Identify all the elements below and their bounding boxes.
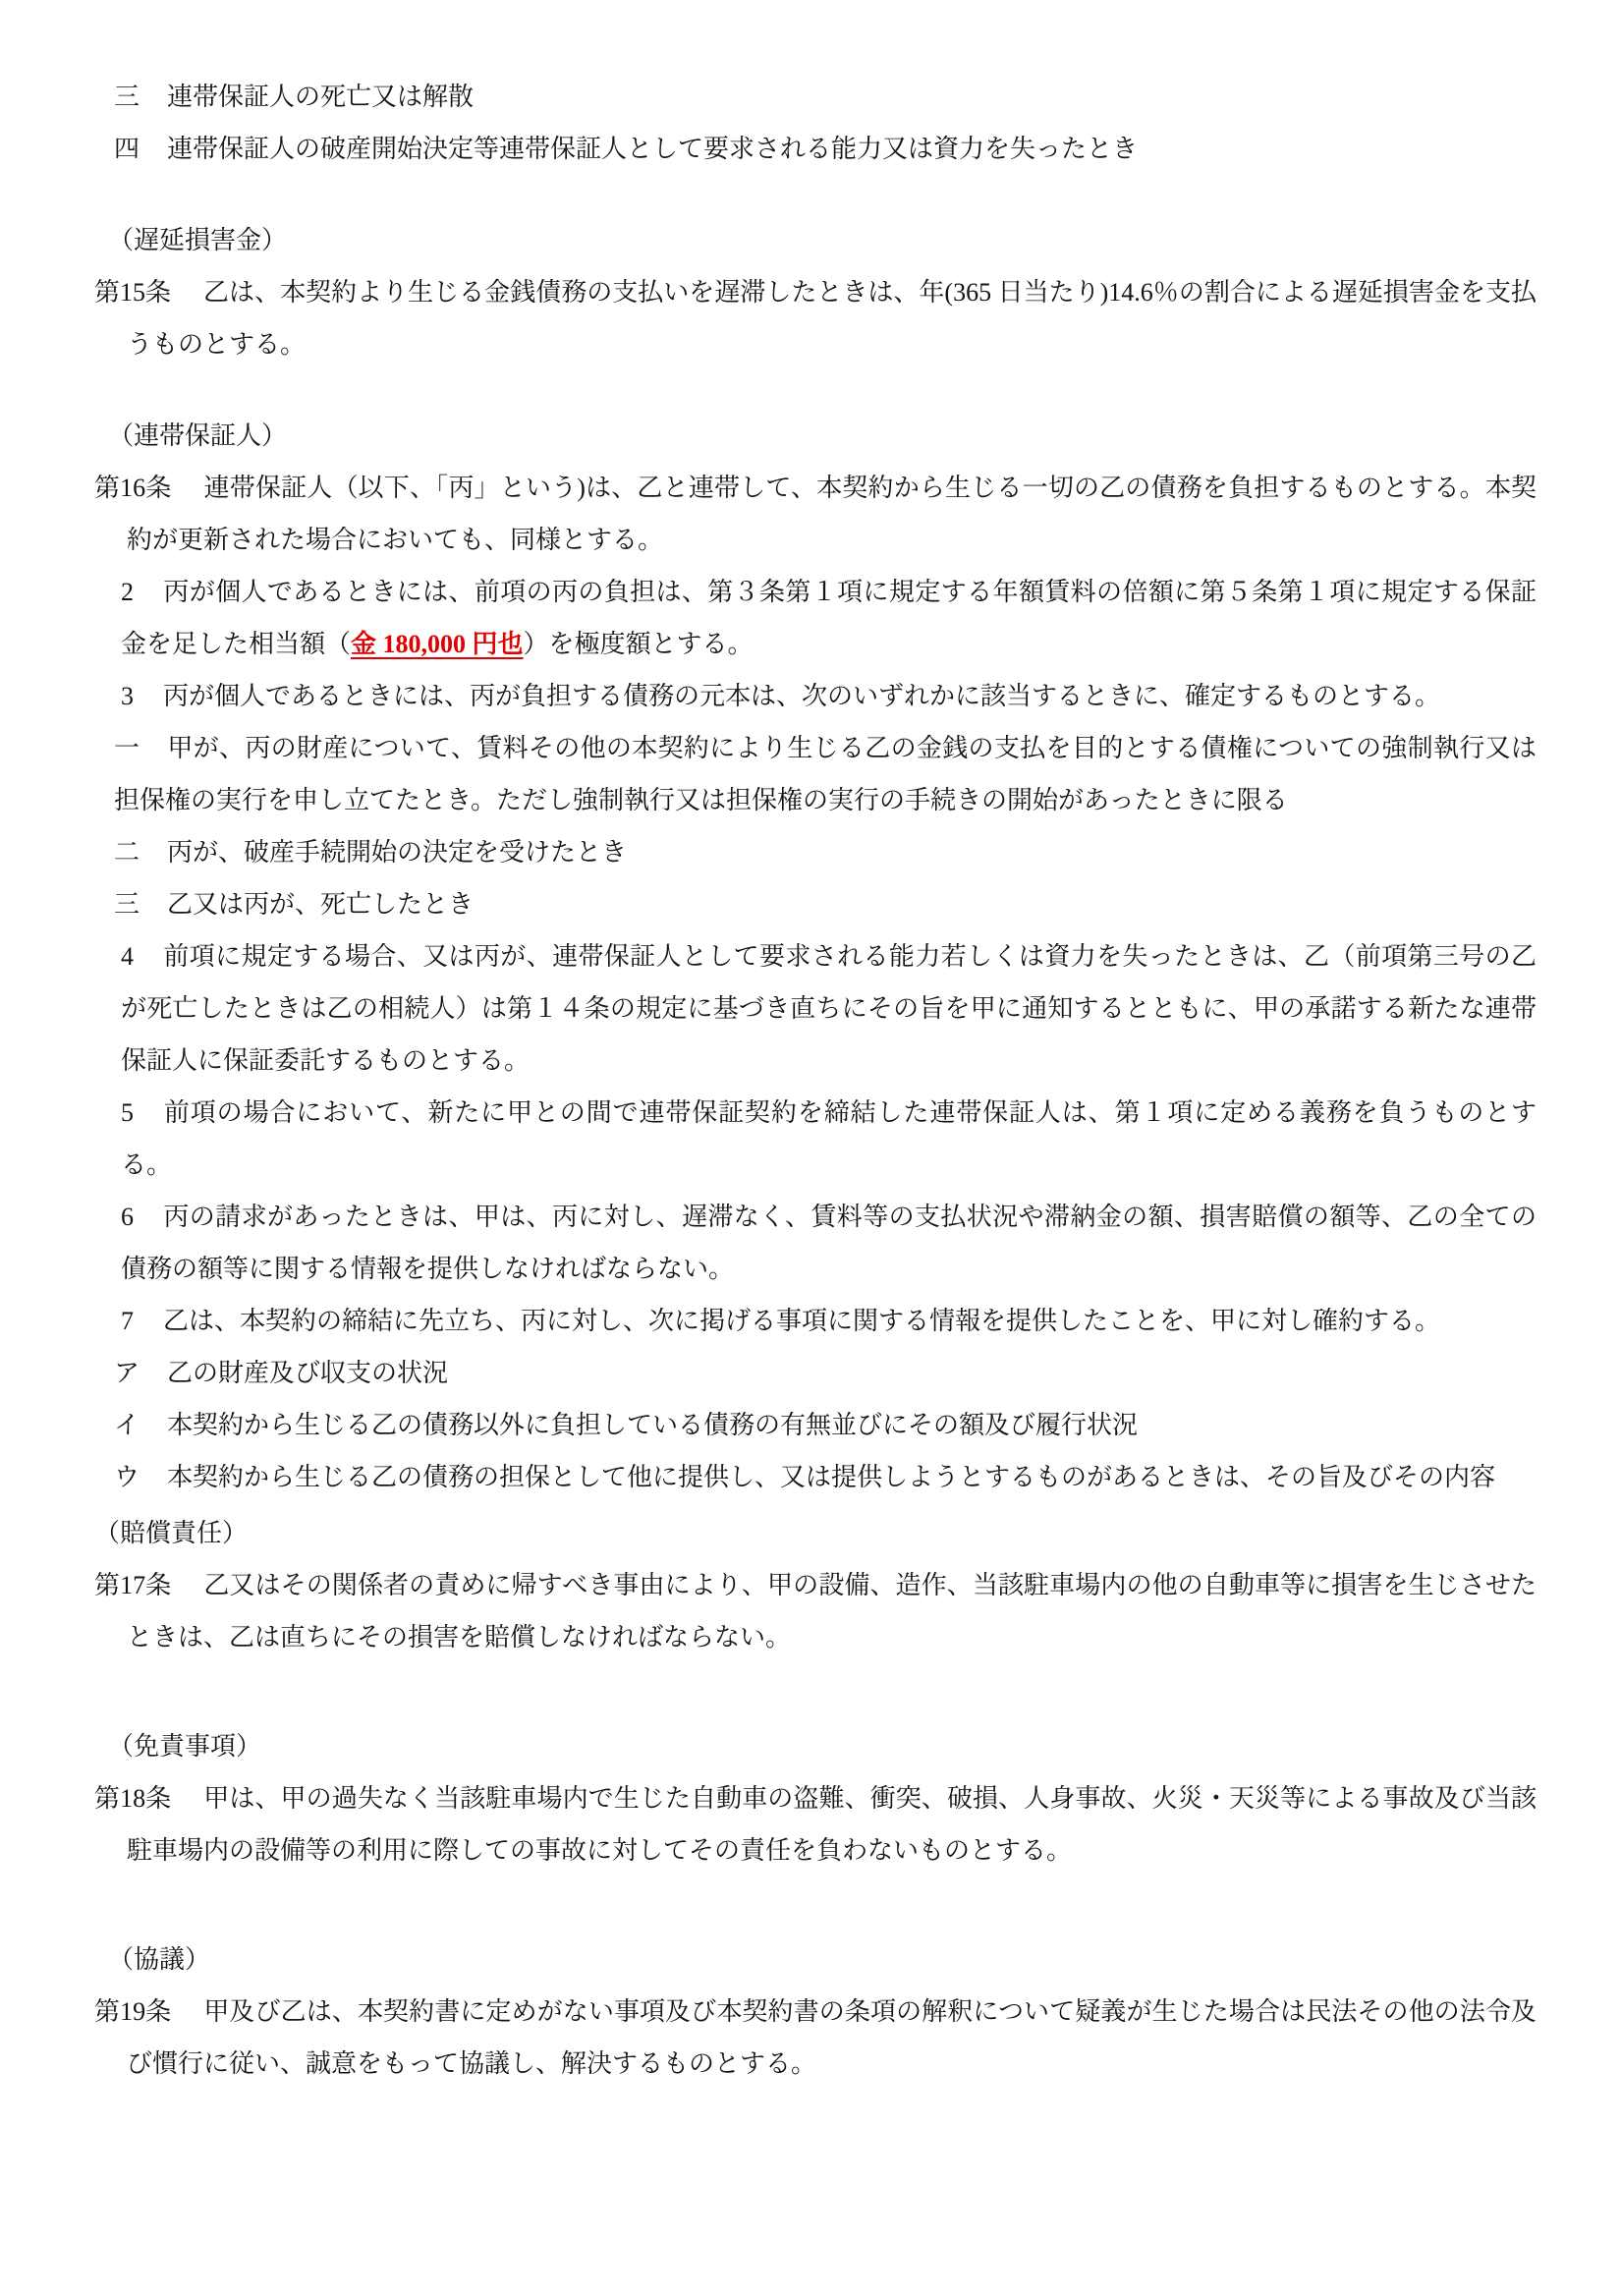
list-item: 一甲が、丙の財産について、賃料その他の本契約により生じる乙の金銭の支払を目的とす… <box>114 722 1537 826</box>
item-text: 連帯保証人の破産開始決定等連帯保証人として要求される能力又は資力を失ったとき <box>167 135 1138 163</box>
item-marker: イ <box>114 1411 140 1439</box>
article-number: 第15条 <box>94 278 171 307</box>
item-text: 連帯保証人の死亡又は解散 <box>167 83 474 111</box>
article-19-paragraph: 第19条甲及び乙は、本契約書に定めがない事項及び本契約書の条項の解釈について疑義… <box>94 1986 1537 2090</box>
item-text: 丙が、破産手続開始の決定を受けたとき <box>167 838 627 867</box>
section-label-joint-guarantor: （連帯保証人） <box>108 410 1537 462</box>
article-number: 第18条 <box>94 1784 171 1813</box>
clause-text: 前項の場合において、新たに甲との間で連帯保証契約を締結した連帯保証人は、第１項に… <box>121 1098 1537 1179</box>
guarantee-limit-amount: 金 180,000 円也 <box>351 630 524 658</box>
list-item: イ本契約から生じる乙の債務以外に負担している債務の有無並びにその額及び履行状況 <box>114 1399 1537 1451</box>
sub-paragraph-6: 6丙の請求があったときは、甲は、丙に対し、遅滞なく、賃料等の支払状況や滞納金の額… <box>121 1191 1537 1295</box>
item-marker: ウ <box>114 1463 140 1491</box>
paragraph-number: 7 <box>121 1307 134 1335</box>
item-marker: 一 <box>114 734 140 762</box>
sub-paragraph-7: 7乙は、本契約の締結に先立ち、丙に対し、次に掲げる事項に関する情報を提供したこと… <box>121 1295 1537 1347</box>
item-marker: 四 <box>114 135 140 163</box>
item-marker: 三 <box>114 83 140 111</box>
section-label-liability: （賠償責任） <box>94 1507 1537 1559</box>
clause-text: 甲及び乙は、本契約書に定めがない事項及び本契約書の条項の解釈について疑義が生じた… <box>127 1997 1537 2078</box>
clause-text: 丙が個人であるときには、前項の丙の負担は、第３条第１項に規定する年額賃料の倍額に… <box>121 578 1537 658</box>
item-marker: 三 <box>114 890 140 919</box>
article-16-paragraph: 第16条連帯保証人（以下、「丙」という)は、乙と連帯して、本契約から生じる一切の… <box>94 462 1537 566</box>
item-text: 甲が、丙の財産について、賃料その他の本契約により生じる乙の金銭の支払を目的とする… <box>114 734 1537 814</box>
article-number: 第19条 <box>94 1997 171 2026</box>
list-item: 三乙又は丙が、死亡したとき <box>114 878 1537 930</box>
sub-paragraph-2: 2丙が個人であるときには、前項の丙の負担は、第３条第１項に規定する年額賃料の倍額… <box>121 566 1537 670</box>
item-text: 本契約から生じる乙の債務以外に負担している債務の有無並びにその額及び履行状況 <box>167 1411 1138 1439</box>
paragraph-number: 4 <box>121 942 134 971</box>
sub-paragraph-5: 5前項の場合において、新たに甲との間で連帯保証契約を締結した連帯保証人は、第１項… <box>121 1087 1537 1191</box>
clause-text: 丙の請求があったときは、甲は、丙に対し、遅滞なく、賃料等の支払状況や滞納金の額、… <box>121 1203 1537 1283</box>
item-marker: 二 <box>114 838 140 867</box>
paragraph-number: 6 <box>121 1203 134 1231</box>
list-item: ア乙の財産及び収支の状況 <box>114 1347 1537 1399</box>
clause-text: 連帯保証人（以下、「丙」という)は、乙と連帯して、本契約から生じる一切の乙の債務… <box>127 474 1537 554</box>
article-15-paragraph: 第15条乙は、本契約より生じる金銭債務の支払いを遅滞したときは、年(365 日当… <box>94 266 1537 370</box>
clause-text: 丙が個人であるときには、丙が負担する債務の元本は、次のいずれかに該当するときに、… <box>163 682 1440 710</box>
list-item: 四連帯保証人の破産開始決定等連帯保証人として要求される能力又は資力を失ったとき <box>114 123 1537 175</box>
clause-text: 乙は、本契約の締結に先立ち、丙に対し、次に掲げる事項に関する情報を提供したことを… <box>163 1307 1440 1335</box>
paragraph-number: 3 <box>121 682 134 710</box>
contract-document-page: 三連帯保証人の死亡又は解散 四連帯保証人の破産開始決定等連帯保証人として要求され… <box>0 0 1621 2296</box>
article-18-paragraph: 第18条甲は、甲の過失なく当該駐車場内で生じた自動車の盗難、衝突、破損、人身事故… <box>94 1772 1537 1876</box>
sub-paragraph-4: 4前項に規定する場合、又は丙が、連帯保証人として要求される能力若しくは資力を失っ… <box>121 930 1537 1087</box>
article-17-paragraph: 第17条乙又はその関係者の責めに帰すべき事由により、甲の設備、造作、当該駐車場内… <box>94 1559 1537 1663</box>
section-label-exemption: （免責事項） <box>108 1720 1537 1772</box>
article-number: 第16条 <box>94 474 172 502</box>
sub-paragraph-3: 3丙が個人であるときには、丙が負担する債務の元本は、次のいずれかに該当するときに… <box>121 670 1537 722</box>
list-item: 三連帯保証人の死亡又は解散 <box>114 71 1537 123</box>
clause-text: 乙は、本契約より生じる金銭債務の支払いを遅滞したときは、年(365 日当たり)1… <box>127 278 1537 359</box>
item-text: 乙又は丙が、死亡したとき <box>167 890 474 919</box>
clause-text: 甲は、甲の過失なく当該駐車場内で生じた自動車の盗難、衝突、破損、人身事故、火災・… <box>127 1784 1537 1865</box>
section-label-consultation: （協議） <box>108 1933 1537 1986</box>
list-item: ウ本契約から生じる乙の債務の担保として他に提供し、又は提供しようとするものがある… <box>114 1451 1537 1503</box>
item-marker: ア <box>114 1359 140 1387</box>
paragraph-number: 5 <box>121 1098 134 1127</box>
clause-text: 乙又はその関係者の責めに帰すべき事由により、甲の設備、造作、当該駐車場内の他の自… <box>127 1571 1537 1652</box>
item-text: 乙の財産及び収支の状況 <box>167 1359 448 1387</box>
clause-text: 前項に規定する場合、又は丙が、連帯保証人として要求される能力若しくは資力を失った… <box>121 942 1537 1075</box>
item-text: 本契約から生じる乙の債務の担保として他に提供し、又は提供しようとするものがあると… <box>167 1463 1495 1491</box>
paragraph-number: 2 <box>121 578 134 606</box>
article-number: 第17条 <box>94 1571 171 1599</box>
list-item: 二丙が、破産手続開始の決定を受けたとき <box>114 826 1537 878</box>
section-label-late-damages: （遅延損害金） <box>108 214 1537 266</box>
clause-text: ）を極度額とする。 <box>524 630 754 658</box>
